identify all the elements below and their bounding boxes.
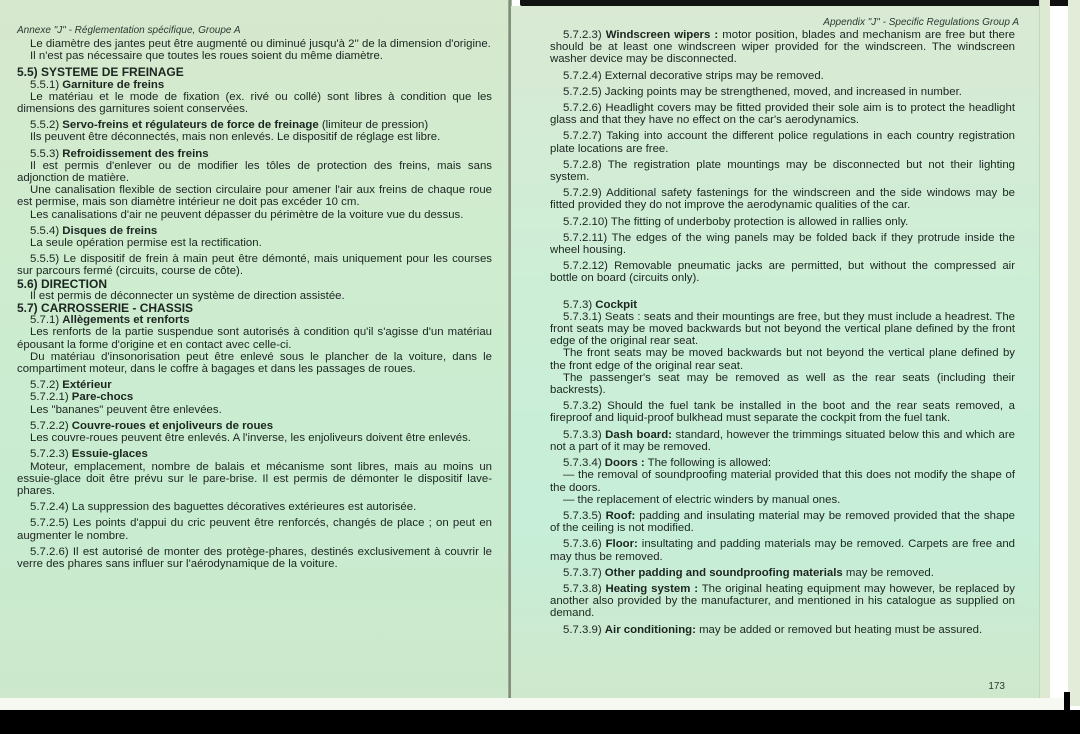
paragraph: The front seats may be moved backwards b… [550,347,1015,371]
clause-text: The following is allowed: [645,457,771,469]
section-heading: 5.5) SYSTEME DE FREINAGE [17,66,492,78]
running-head-left: Annexe "J" - Réglementation spécifique, … [17,25,241,36]
clause-text: (limiteur de pression) [319,119,429,131]
clause-title: Garniture de freins [62,79,164,91]
paragraph: 5.7.3.1) Seats : seats and their mountin… [550,311,1015,348]
paragraph: 5.7.2.6) Headlight covers may be fitted … [550,102,1015,126]
clause-number: 5.7.3.5) [563,510,606,522]
scan-border-corner [1064,692,1070,710]
clause-title: Couvre-roues et enjoliveurs de roues [72,420,273,432]
clause-number: 5.7.3) [563,299,595,311]
paragraph: Les "bananes" peuvent être enlevées. [17,404,492,416]
left-page: Annexe "J" - Réglementation spécifique, … [0,0,509,706]
book-spread: Annexe "J" - Réglementation spécifique, … [0,0,1080,710]
scan-border-bottom [0,698,1070,710]
left-page-body: Le diamètre des jantes peut être augment… [17,38,492,574]
clause-title: Essuie-glaces [72,448,148,460]
paragraph: Une canalisation flexible de section cir… [17,184,492,208]
paragraph: 5.7.2.5) Les points d'appui du cric peuv… [17,517,492,541]
clause-title: Floor: [606,538,638,550]
paragraph: The passenger's seat may be removed as w… [550,372,1015,396]
clause-title: Refroidissement des freins [62,148,208,160]
clause-title: Cockpit [595,299,637,311]
section-heading: 5.7) CARROSSERIE - CHASSIS [17,302,492,314]
clause-number: 5.7.3.3) [563,429,605,441]
clause-number: 5.7.3.8) [563,583,606,595]
paragraph: La seule opération permise est la rectif… [17,237,492,249]
clause-number: 5.5.1) [30,79,62,91]
paragraph: 5.7.3.7) Other padding and soundproofing… [550,567,1015,579]
paragraph: 5.7.2.6) Il est autorisé de monter des p… [17,546,492,570]
paragraph: 5.7.2.4) External decorative strips may … [550,70,1015,82]
paragraph: Les canalisations d'air ne peuvent dépas… [17,209,492,221]
paragraph: 5.7.2.4) La suppression des baguettes dé… [17,501,492,513]
clause-title: Doors : [605,457,645,469]
paragraph: Le matériau et le mode de fixation (ex. … [17,91,492,115]
clause-number: 5.7.3.7) [563,567,605,579]
paragraph: — the replacement of electric winders by… [550,494,1015,506]
clause-title: Air conditioning: [605,624,696,636]
paragraph: 5.7.3.8) Heating system : The original h… [550,583,1015,620]
clause-number: 5.7.2.3) [563,29,606,41]
paragraph: 5.7.2.5) Jacking points may be strengthe… [550,86,1015,98]
subsection-heading: 5.5.3) Refroidissement des freins [17,148,492,160]
paragraph: 5.7.3.3) Dash board: standard, however t… [550,429,1015,453]
paragraph: Du matériau d'insonorisation peut être e… [17,351,492,375]
right-page-body: 5.7.2.3) Windscreen wipers : motor posit… [550,29,1015,640]
paragraph: 5.7.2.11) The edges of the wing panels m… [550,232,1015,256]
paragraph: 5.5.5) Le dispositif de frein à main peu… [17,253,492,277]
section-gap [550,289,1015,299]
scan-border-top [520,0,1075,6]
clause-title: Disques de freins [62,225,157,237]
paragraph: 5.7.3.2) Should the fuel tank be install… [550,400,1015,424]
clause-text: may be removed. [843,567,934,579]
clause-title: Allègements et renforts [62,314,189,326]
clause-title: Extérieur [62,379,111,391]
page-edge-outer [1068,0,1080,706]
paragraph: 5.7.3.5) Roof: padding and insulating ma… [550,510,1015,534]
right-page: Appendix "J" - Specific Regulations Grou… [511,6,1039,702]
paragraph: Il est permis d'enlever ou de modifier l… [17,160,492,184]
paragraph: 5.7.2.7) Taking into account the differe… [550,130,1015,154]
paragraph: 5.7.3.4) Doors : The following is allowe… [550,457,1015,469]
subsection-heading: 5.7.2.3) Essuie-glaces [17,448,492,460]
subsection-heading: 5.7.3) Cockpit [550,299,1015,311]
paragraph: 5.7.2.9) Additional safety fastenings fo… [550,187,1015,211]
clause-number: 5.5.2) [30,119,62,131]
scan-background [0,710,1080,734]
subsection-heading: 5.5.4) Disques de freins [17,225,492,237]
paragraph: Moteur, emplacement, nombre de balais et… [17,461,492,498]
clause-number: 5.7.3.4) [563,457,605,469]
paragraph: 5.7.2.3) Windscreen wipers : motor posit… [550,29,1015,66]
subsection-heading: 5.7.2) Extérieur [17,379,492,391]
clause-number: 5.5.3) [30,148,62,160]
paragraph: Les renforts de la partie suspendue sont… [17,326,492,350]
paragraph: Il n'est pas nécessaire que toutes les r… [17,50,492,62]
page-edge [1039,0,1050,706]
clause-number: 5.7.2) [30,379,62,391]
clause-number: 5.7.3.6) [563,538,606,550]
paragraph: 5.7.2.10) The fitting of underboby prote… [550,216,1015,228]
paragraph: 5.7.2.8) The registration plate mounting… [550,159,1015,183]
paragraph: Le diamètre des jantes peut être augment… [17,38,492,50]
clause-title: Other padding and soundproofing material… [605,567,843,579]
clause-text: may be added or removed but heating must… [696,624,982,636]
running-head-right: Appendix "J" - Specific Regulations Grou… [823,17,1019,28]
subsection-heading: 5.7.2.2) Couvre-roues et enjoliveurs de … [17,420,492,432]
paragraph: 5.7.3.6) Floor: insultating and padding … [550,538,1015,562]
section-heading: 5.6) DIRECTION [17,278,492,290]
clause-title: Windscreen wipers : [606,29,718,41]
paragraph: — the removal of soundproofing material … [550,469,1015,493]
clause-title: Roof: [606,510,636,522]
clause-number: 5.7.2.2) [30,420,72,432]
clause-title: Heating system : [606,583,699,595]
clause-title: Pare-chocs [72,391,133,403]
clause-title: Dash board: [605,429,672,441]
paragraph: 5.7.3.9) Air conditioning: may be added … [550,624,1015,636]
subsection-heading: 5.5.1) Garniture de freins [17,79,492,91]
clause-number: 5.7.2.3) [30,448,72,460]
paragraph: Les couvre-roues peuvent être enlevés. A… [17,432,492,444]
subsection-heading: 5.5.2) Servo-freins et régulateurs de fo… [17,119,492,131]
clause-number: 5.5.4) [30,225,62,237]
paragraph: 5.7.2.12) Removable pneumatic jacks are … [550,260,1015,284]
subsection-heading: 5.7.2.1) Pare-chocs [17,391,492,403]
clause-title: Servo-freins et régulateurs de force de … [62,119,318,131]
clause-number: 5.7.1) [30,314,62,326]
clause-number: 5.7.2.1) [30,391,72,403]
subsection-heading: 5.7.1) Allègements et renforts [17,314,492,326]
clause-number: 5.7.3.9) [563,624,605,636]
page-number-right: 173 [988,681,1005,692]
paragraph: Ils peuvent être déconnectés, mais non e… [17,131,492,143]
